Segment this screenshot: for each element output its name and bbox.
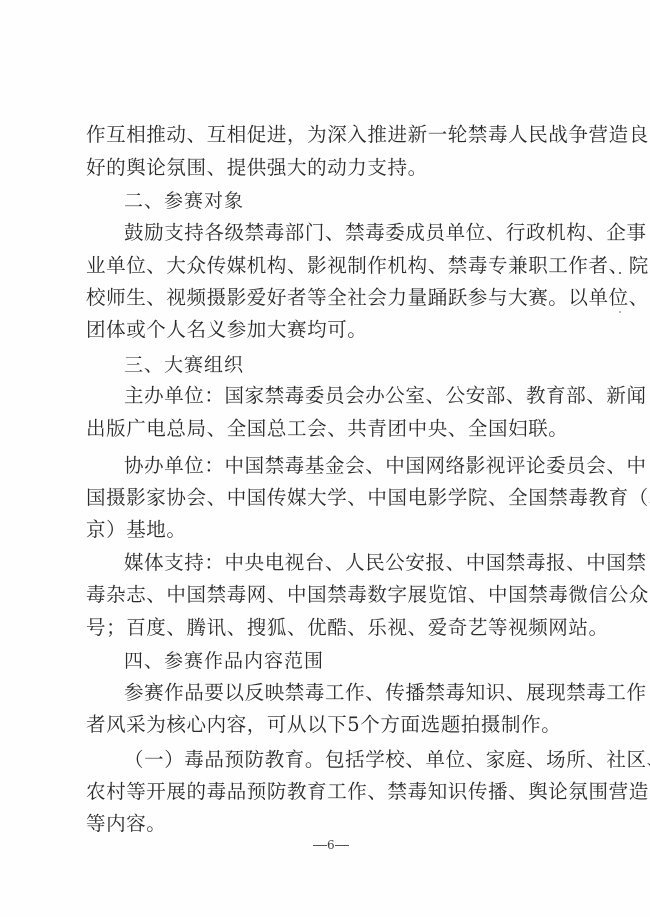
section-heading-content-scope: 四、参赛作品内容范围	[124, 649, 324, 673]
section-heading-participants: 二、参赛对象	[124, 189, 244, 213]
body-line: 参赛作品要以反映禁毒工作、传播禁毒知识、展现禁毒工作	[124, 681, 647, 705]
body-line: 国摄影家协会、中国传媒大学、中国电影学院、全国禁毒教育（北	[86, 486, 650, 510]
body-line: 校师生、视频摄影爱好者等全社会力量踊跃参与大赛。以单位、	[86, 286, 649, 310]
body-line: 农村等开展的毒品预防教育工作、禁毒知识传播、舆论氛围营造	[86, 780, 649, 804]
page-number-value: 6	[327, 838, 335, 852]
body-line: （一）毒品预防教育。包括学校、单位、家庭、场所、社区、	[124, 748, 650, 772]
body-line: 出版广电总局、全国总工会、共青团中央、全国妇联。	[86, 417, 568, 441]
body-line: 好的舆论氛围、提供强大的动力支持。	[86, 156, 428, 180]
body-line: 媒体支持：中央电视台、人民公安报、中国禁毒报、中国禁	[124, 551, 647, 575]
dash-left	[313, 845, 327, 846]
body-line: 作互相推动、互相促进，为深入推进新一轮禁毒人民战争营造良	[86, 123, 649, 147]
document-page: 作互相推动、互相促进，为深入推进新一轮禁毒人民战争营造良 好的舆论氛围、提供强大…	[0, 0, 650, 917]
scan-speck	[619, 272, 621, 274]
body-line: 鼓励支持各级禁毒部门、禁毒委成员单位、行政机构、企事	[124, 221, 647, 245]
body-line: 号；百度、腾讯、搜狐、优酷、乐视、爱奇艺等视频网站。	[86, 616, 609, 640]
body-line: 主办单位：国家禁毒委员会办公室、公安部、教育部、新闻	[124, 384, 647, 408]
body-line: 业单位、大众传媒机构、影视制作机构、禁毒专兼职工作者、院	[86, 254, 649, 278]
body-line: 毒杂志、中国禁毒网、中国禁毒数字展览馆、中国禁毒微信公众	[86, 583, 649, 607]
body-line: 协办单位：中国禁毒基金会、中国网络影视评论委员会、中	[124, 454, 647, 478]
body-line: 等内容。	[86, 812, 166, 836]
scan-speck	[619, 311, 621, 313]
body-line: 京）基地。	[86, 518, 187, 542]
dash-right	[335, 845, 349, 846]
body-line: 团体或个人名义参加大赛均可。	[86, 318, 367, 342]
page-number: 6	[313, 838, 349, 852]
section-heading-organization: 三、大赛组织	[124, 353, 244, 377]
body-line: 者风采为核心内容，可从以下5个方面选题拍摄制作。	[86, 713, 561, 737]
